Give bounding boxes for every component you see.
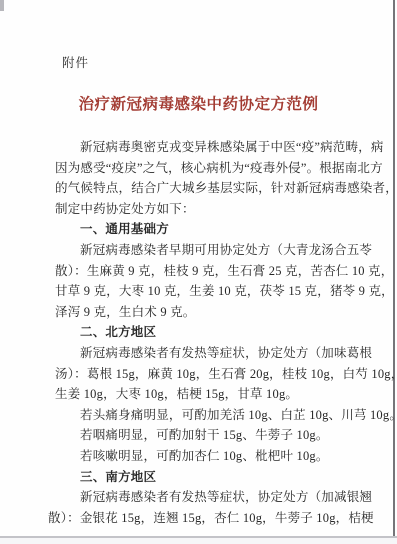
- document-line: 若咽痛明显，可酌加射干 15g、牛蒡子 10g。: [55, 425, 355, 446]
- document-line: 汤）：葛根 15g，麻黄 10g，生石膏 20g，桂枝 10g，白芍 10g，: [55, 364, 355, 385]
- document-line: 泽泻 9 克，生白术 9 克。: [55, 302, 355, 323]
- document-line: 新冠病毒感染者有发热等症状，协定处方（加减银翘: [55, 487, 355, 508]
- document-line: 散）：生麻黄 9 克，桂枝 9 克，生石膏 25 克，苦杏仁 10 克，: [55, 261, 355, 282]
- document-line: 散）：金银花 15g，连翘 15g，杏仁 10g，牛蒡子 10g，桔梗: [48, 508, 355, 529]
- document-line: 新冠病毒感染者早期可用协定处方（大青龙汤合五苓: [55, 240, 355, 261]
- document-line: 甘草 9 克，大枣 10 克，生姜 10 克，茯苓 15 克，猪苓 9 克，: [55, 281, 355, 302]
- document-line: 若头痛身痛明显，可酌加羌活 10g、白芷 10g、川芎 10g。: [55, 405, 355, 426]
- section-heading: 二、北方地区: [55, 322, 355, 343]
- page-title: 治疗新冠病毒感染中药协定方范例: [0, 92, 397, 114]
- attachment-label: 附件: [62, 53, 89, 71]
- document-line: 的气候特点，结合广大城乡基层实际，针对新冠病毒感染者，: [55, 178, 355, 199]
- scanned-page: 附件 治疗新冠病毒感染中药协定方范例 新冠病毒奥密克戎变异株感染属于中医“疫”病…: [0, 0, 397, 544]
- section-heading: 三、南方地区: [55, 467, 355, 488]
- document-line: 生姜 10g，大枣 10g，桔梗 15g，甘草 10g。: [55, 384, 355, 405]
- document-line: 新冠病毒感染者有发热等症状，协定处方（加味葛根: [55, 343, 355, 364]
- scan-corner-mark: [0, 0, 4, 11]
- document-line: 制定中药协定处方如下：: [55, 199, 355, 220]
- document-line: 新冠病毒奥密克戎变异株感染属于中医“疫”病范畴，病: [55, 137, 355, 158]
- document-line: 若咳嗽明显，可酌加杏仁 10g、枇杷叶 10g。: [55, 446, 355, 467]
- scan-right-edge-line: [393, 0, 395, 537]
- scan-background-below-page: [0, 538, 397, 544]
- document-body: 新冠病毒奥密克戎变异株感染属于中医“疫”病范畴，病因为感受“疫戾”之气，核心病机…: [55, 137, 355, 528]
- section-heading: 一、通用基础方: [55, 219, 355, 240]
- document-line: 因为感受“疫戾”之气，核心病机为“疫毒外侵”。根据南北方: [55, 158, 355, 179]
